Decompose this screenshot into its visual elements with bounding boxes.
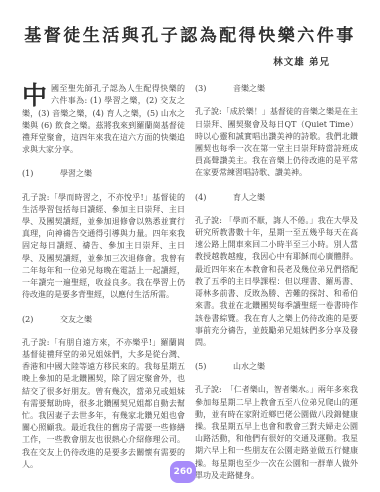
right-column: (3)音樂之樂 孔子說:「成於樂！」基督徒的音樂之樂是在主日崇拜、團契聚會及每日…: [195, 83, 358, 482]
author-byline: 林文雄 弟兄: [22, 54, 358, 68]
page-title: 基督徒生活與孔子認為配得快樂六件事: [22, 26, 358, 47]
section-heading-4: (4)育人之樂: [195, 192, 358, 204]
section-number: (5): [195, 361, 233, 373]
section-heading-1: (1)學習之樂: [22, 168, 185, 180]
two-column-body: 中國至聖先師孔子認為人生配得快樂的六件事為: (1) 學習之樂，(2) 交友之樂…: [22, 83, 358, 482]
section-number: (2): [22, 314, 60, 326]
section-title: 山水之樂: [233, 362, 265, 371]
intro-paragraph: 中國至聖先師孔子認為人生配得快樂的六件事為: (1) 學習之樂，(2) 交友之樂…: [22, 83, 185, 156]
section-title: 交友之樂: [60, 315, 92, 324]
section-number: (4): [195, 192, 233, 204]
drop-cap: 中: [22, 84, 47, 107]
document-page: 基督徒生活與孔子認為配得快樂六件事 林文雄 弟兄 中國至聖先師孔子認為人生配得快…: [0, 0, 380, 492]
section-heading-3: (3)音樂之樂: [195, 83, 358, 95]
section-heading-5: (5)山水之樂: [195, 361, 358, 373]
section-body-1: 孔子說:「學而時習之，不亦悅乎!」基督徒的生活學習包括每日讀經、參加主日崇拜、主…: [22, 192, 185, 302]
section-heading-2: (2)交友之樂: [22, 314, 185, 326]
page-number-badge: 260: [170, 461, 196, 483]
section-number: (3): [195, 83, 233, 95]
left-column: 中國至聖先師孔子認為人生配得快樂的六件事為: (1) 學習之樂，(2) 交友之樂…: [22, 83, 185, 482]
section-body-2: 孔子說:「有朋自遠方來，不亦樂乎!」羅蘭崗基督徒禮拜堂的弟兄姐妹們，大多是從台灣…: [22, 337, 185, 471]
section-number: (1): [22, 168, 60, 180]
section-title: 音樂之樂: [233, 84, 265, 93]
section-body-5: 孔子說: 「仁者樂山，智者樂水。」兩年多來我參加每星期二早上教會五至八位弟兄爬山…: [195, 384, 358, 482]
section-title: 學習之樂: [60, 169, 92, 178]
section-body-3: 孔子說:「成於樂！」基督徒的音樂之樂是在主日崇拜、團契聚會及每日QT（Quiet…: [195, 106, 358, 179]
section-body-4: 孔子說: 「學而不厭，誨人不倦。」我在大學及研究所教書數十年，星期一至五幾乎每天…: [195, 215, 358, 349]
section-title: 育人之樂: [233, 193, 265, 202]
